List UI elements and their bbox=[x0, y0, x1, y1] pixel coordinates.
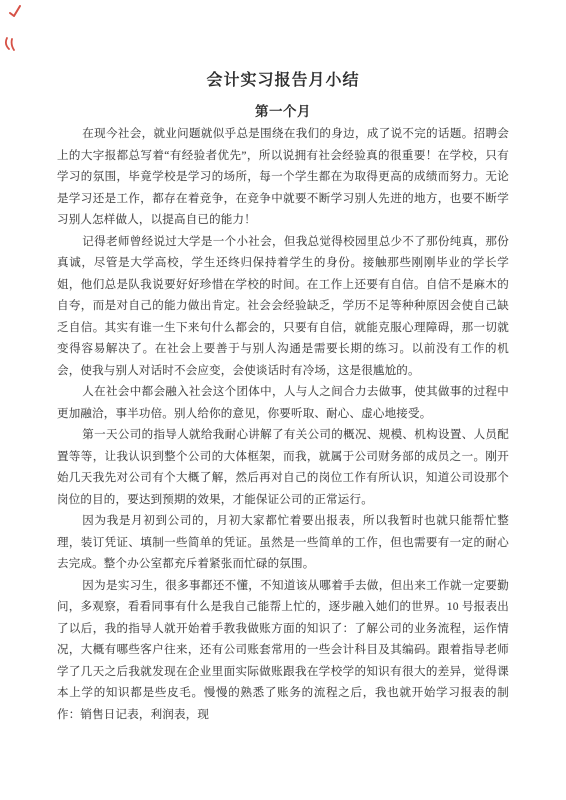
red-pen-mark-icon bbox=[3, 36, 16, 57]
page-subtitle: 第一个月 bbox=[57, 103, 509, 120]
red-pen-mark-icon bbox=[8, 4, 23, 23]
document-page: 会计实习报告月小结 第一个月 在现今社会，就业问题就似乎总是围绕在我们的身边，成… bbox=[0, 0, 566, 800]
paragraph-5: 因为我是月初到公司的，月初大家都忙着要出报表，所以我暂时也就只能帮忙整理，装订凭… bbox=[57, 511, 509, 576]
document-body: 在现今社会，就业问题就似乎总是围绕在我们的身边，成了说不完的话题。招聘会上的大字… bbox=[57, 124, 509, 726]
paragraph-1: 在现今社会，就业问题就似乎总是围绕在我们的身边，成了说不完的话题。招聘会上的大字… bbox=[57, 124, 509, 232]
paragraph-4: 第一天公司的指导人就给我耐心讲解了有关公司的概况、规模、机构设置、人员配置等等，… bbox=[57, 425, 509, 511]
page-title: 会计实习报告月小结 bbox=[57, 71, 509, 90]
paragraph-3: 人在社会中都会融入社会这个团体中，人与人之间合力去做事，使其做事的过程中更加融洽… bbox=[57, 382, 509, 425]
paragraph-2: 记得老师曾经说过大学是一个小社会，但我总觉得校园里总少不了那份纯真，那份真诚，尽… bbox=[57, 232, 509, 383]
paragraph-6: 因为是实习生，很多事都还不懂，不知道该从哪着手去做，但出来工作就一定要勤问，多观… bbox=[57, 576, 509, 727]
